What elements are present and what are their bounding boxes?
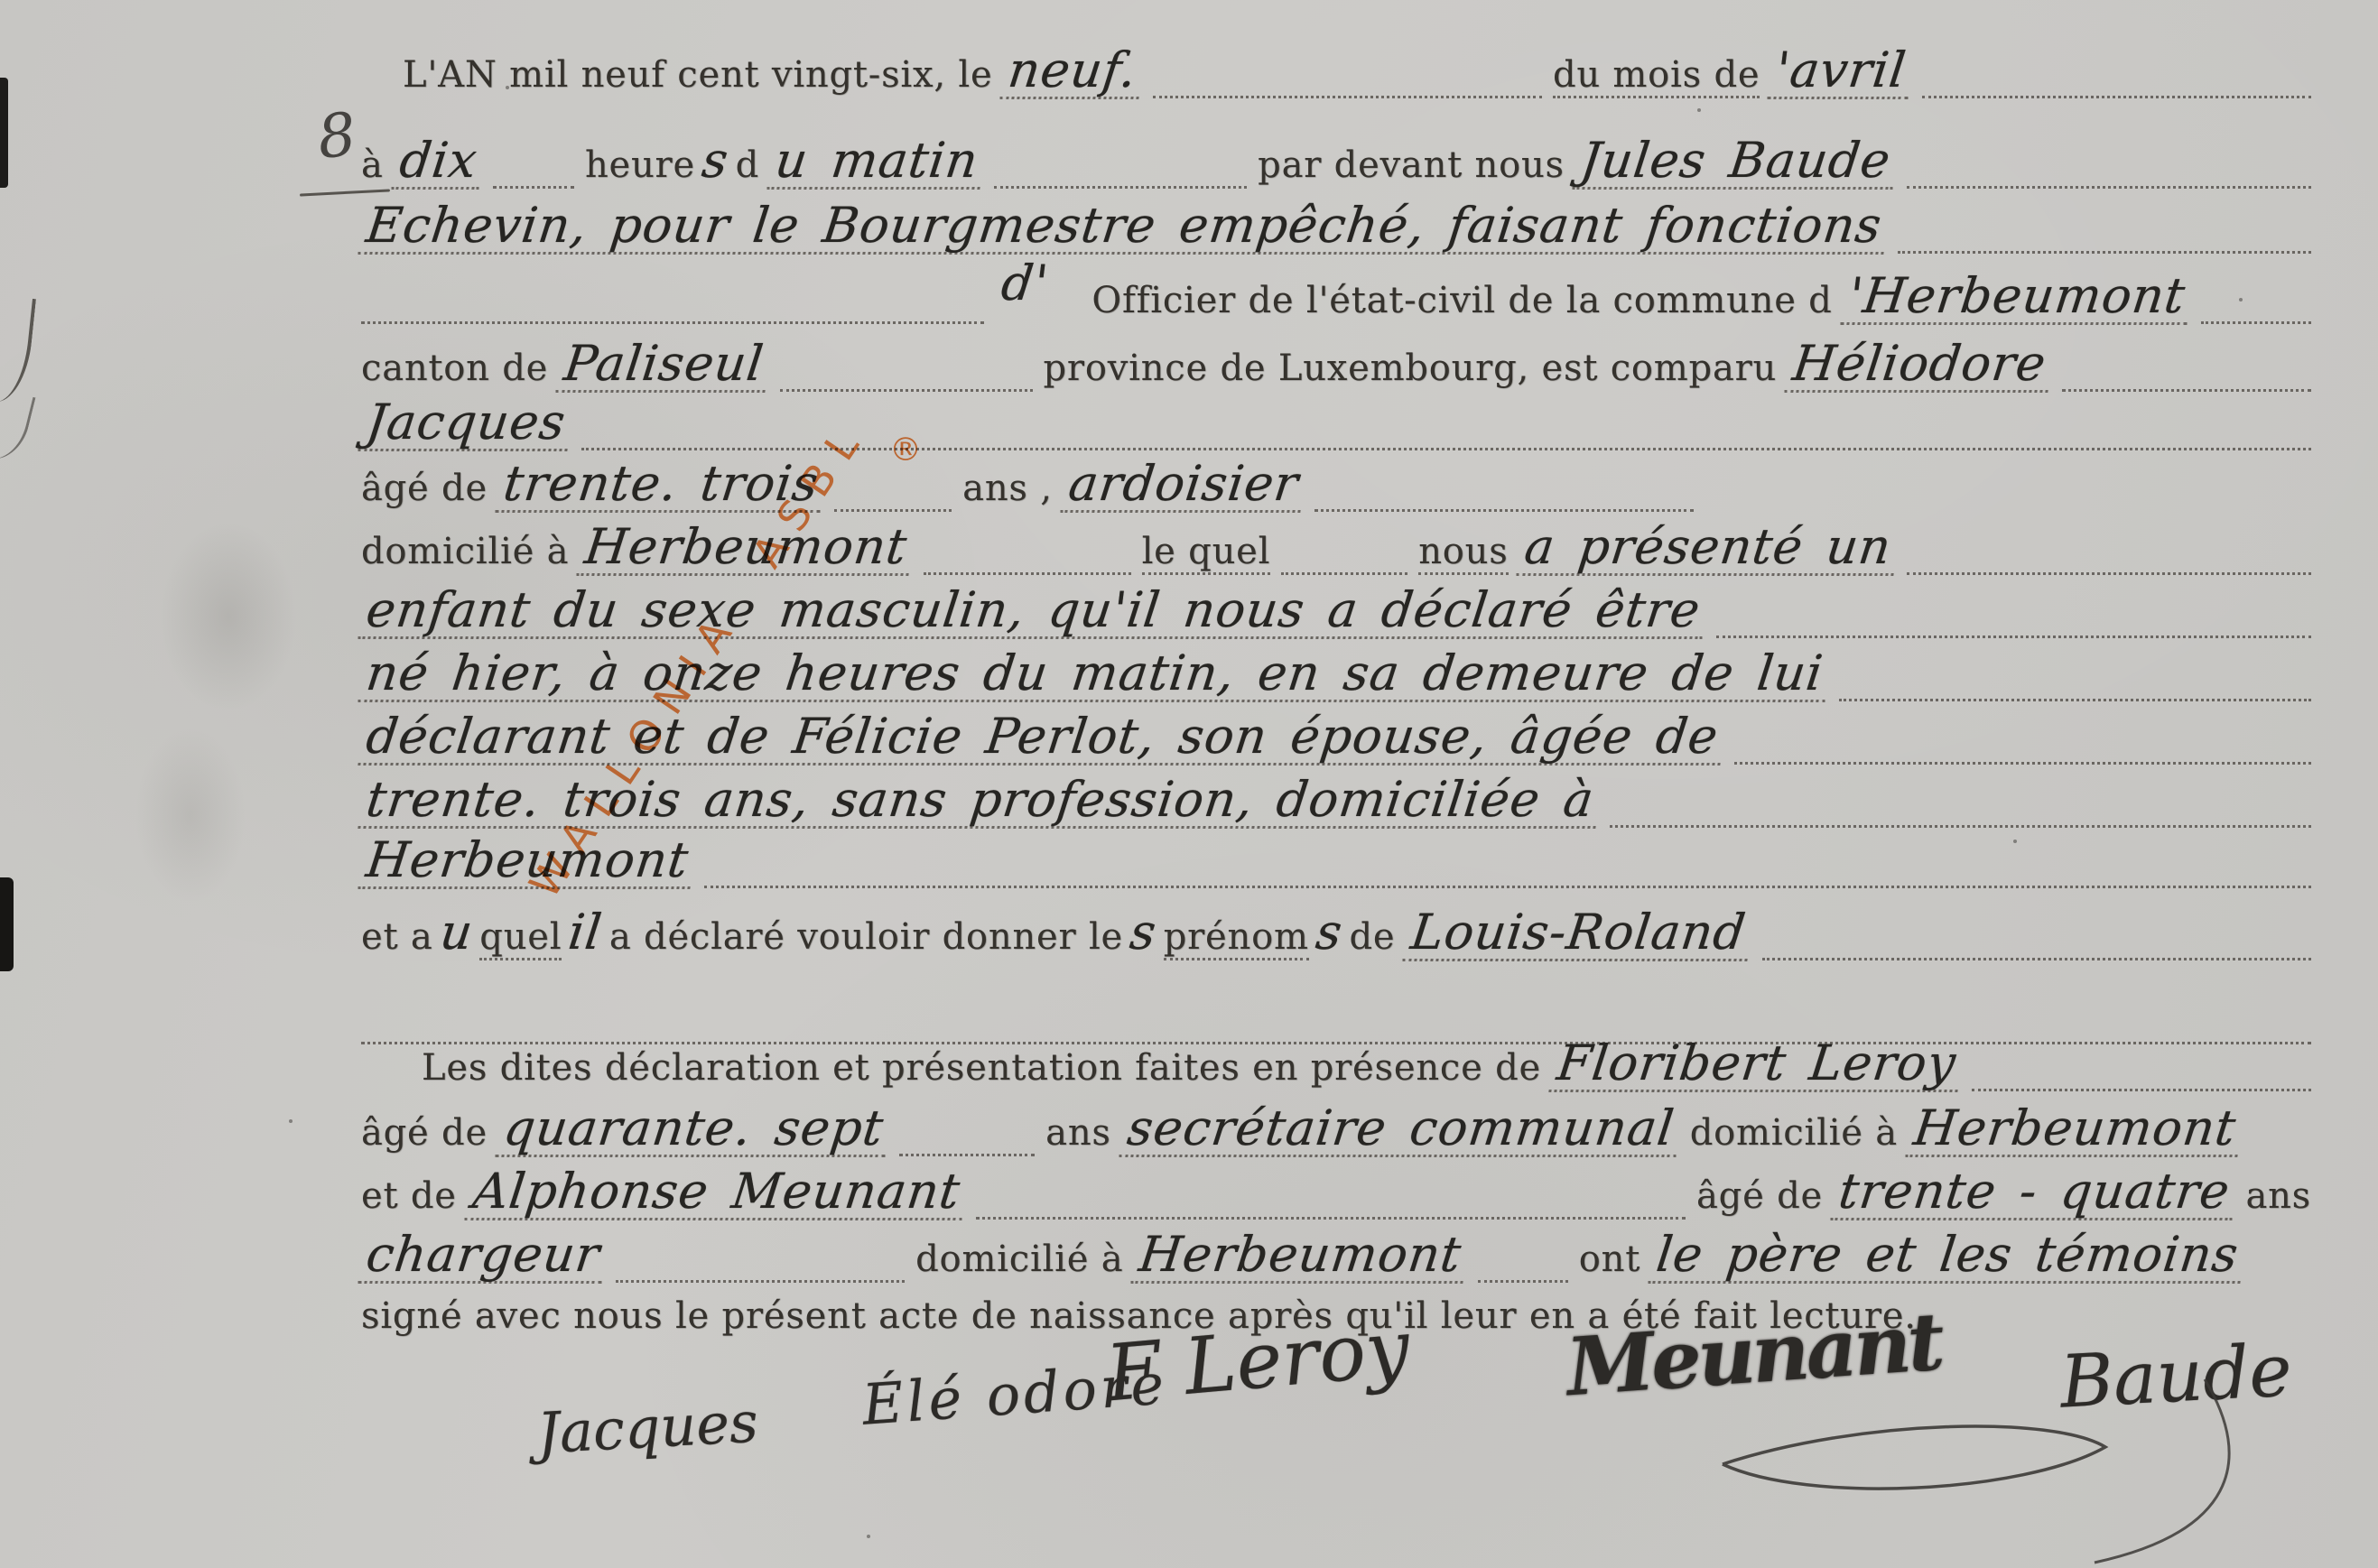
dotted-rule bbox=[899, 1152, 1035, 1156]
handwritten-entry: quarante. sept bbox=[495, 1103, 892, 1157]
handwritten-entry: il bbox=[561, 907, 611, 959]
form-line-7: âgé detrente. troisans ,ardoisier bbox=[361, 459, 2311, 524]
printed-text: d bbox=[736, 144, 759, 186]
handwritten-entry: Herbeumont bbox=[1905, 1103, 2244, 1157]
dotted-rule bbox=[1153, 94, 1542, 98]
printed-text: du mois de bbox=[1553, 54, 1760, 98]
dotted-rule bbox=[1734, 760, 2311, 765]
printed-text: quel bbox=[479, 916, 562, 960]
dotted-rule bbox=[1972, 1087, 2311, 1091]
signature-flourish bbox=[1670, 1327, 2378, 1568]
dotted-rule bbox=[1898, 249, 2311, 254]
printed-text: âgé de bbox=[361, 1112, 488, 1154]
printed-text: heure bbox=[585, 144, 695, 186]
dotted-rule bbox=[704, 884, 2311, 888]
scan-edge-artifact bbox=[0, 78, 8, 188]
handwritten-entry: trente. trois ans, sans profession, domi… bbox=[358, 775, 1602, 829]
signature-jacques: Jacques bbox=[535, 1389, 759, 1467]
printed-text: canton de bbox=[361, 348, 548, 389]
spacer bbox=[2252, 1143, 2311, 1145]
dotted-rule bbox=[361, 320, 984, 324]
printed-text: ans bbox=[2245, 1175, 2311, 1217]
form-line-19: chargeurdomicilié àHerbeumontontle père … bbox=[361, 1229, 2311, 1294]
printed-text: et a bbox=[361, 916, 433, 958]
handwritten-entry: Jules Baude bbox=[1572, 135, 1899, 190]
handwritten-entry: né hier, à onze heures du matin, en sa d… bbox=[358, 648, 1831, 702]
handwritten-entry: Paliseul bbox=[555, 339, 772, 393]
printed-text: Officier de l'état-civil de la commune d bbox=[1091, 280, 1832, 321]
dotted-rule bbox=[1610, 823, 2311, 828]
handwritten-entry: Echevin, pour le Bourgmestre empêché, fa… bbox=[358, 200, 1890, 255]
handwritten-entry: trente - quatre bbox=[1830, 1166, 2238, 1220]
act-number: 8 bbox=[314, 99, 359, 172]
handwritten-entry: enfant du sexe masculin, qu'il nous a dé… bbox=[358, 585, 1708, 639]
printed-text: prénom bbox=[1164, 916, 1309, 960]
printed-text: de bbox=[1349, 916, 1395, 958]
form-line-12: trente. trois ans, sans profession, domi… bbox=[361, 775, 2311, 840]
form-line-2: àdixheuresdu matinpar devant nousJules B… bbox=[361, 135, 2311, 200]
form-line-1: L'AN mil neuf cent vingt-six, leneuf.du … bbox=[361, 45, 2311, 110]
printed-text: et de bbox=[361, 1175, 457, 1217]
dotted-rule bbox=[1281, 571, 1407, 575]
handwritten-entry: neuf. bbox=[1000, 45, 1146, 99]
dotted-rule bbox=[976, 1215, 1686, 1220]
handwritten-entry: 'avril bbox=[1768, 45, 1915, 99]
form-line-4: d'Officier de l'état-civil de la commune… bbox=[361, 271, 2311, 336]
dotted-rule bbox=[780, 387, 1033, 392]
handwritten-entry: a présenté un bbox=[1516, 522, 1900, 576]
printed-text: par devant nous bbox=[1258, 144, 1565, 186]
printed-text: nous bbox=[1418, 531, 1508, 575]
registered-trademark-icon: ® bbox=[889, 431, 922, 469]
dotted-rule bbox=[1716, 634, 2311, 638]
handwritten-entry: déclarant et de Félicie Perlot, son épou… bbox=[358, 711, 1726, 765]
spacer bbox=[2254, 1269, 2311, 1271]
dotted-rule bbox=[1907, 184, 2311, 189]
birth-certificate-page: 8 L'AN mil neuf cent vingt-six, leneuf.d… bbox=[0, 0, 2378, 1568]
dotted-rule bbox=[1839, 697, 2311, 701]
dotted-rule bbox=[1314, 507, 1694, 512]
form-line-17: âgé dequarante. septanssecrétaire commun… bbox=[361, 1103, 2311, 1168]
handwritten-entry: secrétaire communal bbox=[1119, 1103, 1682, 1157]
printed-text: ans , bbox=[962, 468, 1053, 509]
dotted-rule bbox=[994, 184, 1247, 189]
spacer bbox=[361, 1078, 411, 1080]
printed-text: ont bbox=[1579, 1239, 1640, 1280]
printed-text: âgé de bbox=[361, 468, 488, 509]
paper-smudge bbox=[114, 693, 267, 937]
printed-text: à bbox=[361, 144, 384, 186]
printed-text: domicilié à bbox=[361, 531, 569, 572]
printed-text: L'AN mil neuf cent vingt-six, le bbox=[403, 54, 992, 96]
printed-text: Les dites déclaration et présentation fa… bbox=[422, 1047, 1541, 1089]
printed-text: province de Luxembourg, est comparu bbox=[1044, 348, 1778, 389]
dotted-rule bbox=[1907, 571, 2311, 575]
handwritten-entry: le père et les témoins bbox=[1648, 1229, 2246, 1284]
form-line-14: et auquelila déclaré vouloir donner lesp… bbox=[361, 907, 2311, 972]
handwritten-entry: dix bbox=[391, 135, 486, 190]
dotted-rule bbox=[493, 184, 574, 189]
printed-text: âgé de bbox=[1696, 1175, 1823, 1217]
printed-text: a déclaré vouloir donner le bbox=[609, 916, 1123, 958]
handwritten-entry: 'Herbeumont bbox=[1840, 271, 2194, 325]
handwritten-entry: Floribert Leroy bbox=[1548, 1038, 1965, 1092]
handwritten-entry: Jacques bbox=[358, 397, 573, 451]
spacer bbox=[1063, 311, 1081, 312]
handwritten-entry: Héliodore bbox=[1784, 339, 2054, 393]
margin-ink-stroke bbox=[0, 385, 36, 466]
printed-text: le quel bbox=[1142, 531, 1271, 575]
handwritten-entry: s bbox=[693, 135, 737, 187]
form-line-8: domicilié àHerbeumontle quelnousa présen… bbox=[361, 522, 2311, 587]
spacer bbox=[361, 85, 392, 87]
dotted-rule bbox=[834, 507, 952, 512]
printed-text: domicilié à bbox=[915, 1239, 1123, 1280]
margin-ink-stroke bbox=[0, 293, 36, 404]
handwritten-entry: u bbox=[432, 907, 481, 959]
form-line-6: Jacques bbox=[361, 397, 2311, 462]
dotted-rule bbox=[1922, 94, 2311, 98]
dust-speck bbox=[867, 1535, 870, 1538]
form-line-9: enfant du sexe masculin, qu'il nous a dé… bbox=[361, 585, 2311, 650]
handwritten-entry: d' bbox=[993, 258, 1056, 310]
dotted-rule bbox=[2062, 387, 2311, 392]
dotted-rule bbox=[924, 571, 1131, 575]
form-line-16: Les dites déclaration et présentation fa… bbox=[361, 1038, 2311, 1103]
printed-text: ans bbox=[1045, 1112, 1111, 1154]
handwritten-entry: s bbox=[1122, 907, 1166, 959]
dotted-rule bbox=[616, 1278, 905, 1283]
dust-speck bbox=[289, 1119, 293, 1123]
handwritten-entry: Herbeumont bbox=[1131, 1229, 1471, 1284]
handwritten-entry: u matin bbox=[766, 135, 986, 190]
handwritten-entry: Louis-Roland bbox=[1403, 907, 1755, 961]
handwritten-entry: s bbox=[1307, 907, 1351, 959]
handwritten-entry: Alphonse Meunant bbox=[464, 1166, 969, 1220]
printed-text: domicilié à bbox=[1690, 1112, 1898, 1154]
dotted-rule bbox=[2201, 320, 2311, 324]
scan-edge-artifact bbox=[0, 877, 14, 971]
form-line-13: Herbeumont bbox=[361, 835, 2311, 900]
dotted-rule bbox=[1762, 956, 2311, 960]
form-line-5: canton dePaliseulprovince de Luxembourg,… bbox=[361, 339, 2311, 404]
handwritten-entry: ardoisier bbox=[1060, 459, 1306, 513]
handwritten-entry: chargeur bbox=[358, 1229, 608, 1284]
form-line-18: et deAlphonse Meunantâgé detrente - quat… bbox=[361, 1166, 2311, 1231]
spacer bbox=[1705, 498, 2311, 500]
dotted-rule bbox=[1478, 1278, 1568, 1283]
form-line-3: Echevin, pour le Bourgmestre empêché, fa… bbox=[361, 200, 2311, 265]
